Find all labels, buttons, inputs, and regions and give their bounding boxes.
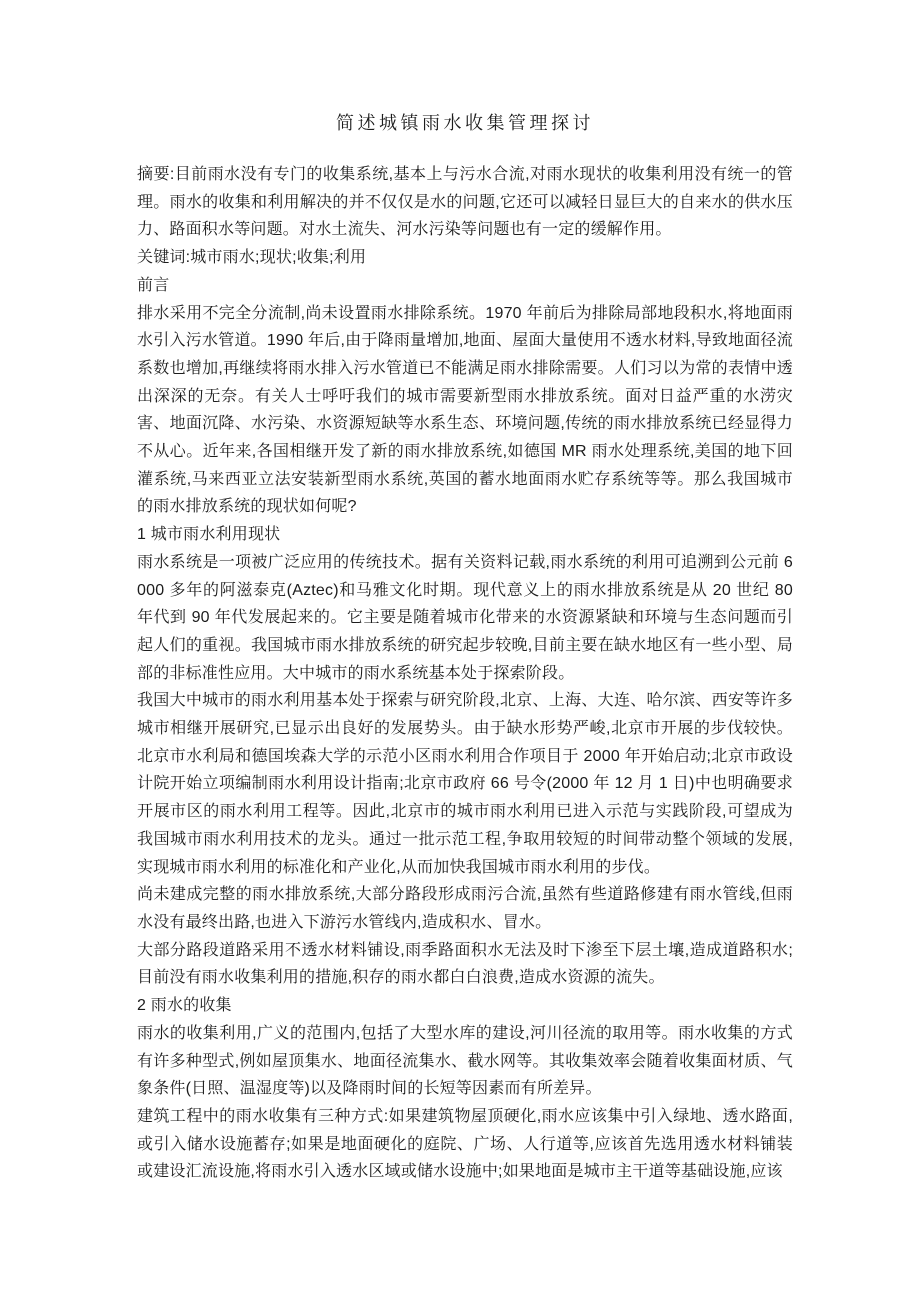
document-title: 简述城镇雨水收集管理探讨 [137,109,793,137]
paragraph-heading: 2 雨水的收集 [137,992,793,1020]
paragraph-heading: 1 城市雨水利用现状 [137,521,793,549]
paragraph-body: 我国大中城市的雨水利用基本处于探索与研究阶段,北京、上海、大连、哈尔滨、西安等许… [137,687,793,881]
paragraph-body: 建筑工程中的雨水收集有三种方式:如果建筑物屋顶硬化,雨水应该集中引入绿地、透水路… [137,1103,793,1186]
document-page: 简述城镇雨水收集管理探讨 摘要:目前雨水没有专门的收集系统,基本上与污水合流,对… [0,0,920,1302]
paragraph-heading: 前言 [137,272,793,300]
paragraph-body: 排水采用不完全分流制,尚未设置雨水排除系统。1970 年前后为排除局部地段积水,… [137,300,793,522]
paragraph-body: 大部分路段道路采用不透水材料铺设,雨季路面积水无法及时下渗至下层土壤,造成道路积… [137,937,793,992]
paragraph-abstract: 摘要:目前雨水没有专门的收集系统,基本上与污水合流,对雨水现状的收集利用没有统一… [137,161,793,244]
paragraph-keywords: 关键词:城市雨水;现状;收集;利用 [137,244,793,272]
document-body: 摘要:目前雨水没有专门的收集系统,基本上与污水合流,对雨水现状的收集利用没有统一… [137,161,793,1186]
paragraph-body: 雨水系统是一项被广泛应用的传统技术。据有关资料记载,雨水系统的利用可追溯到公元前… [137,549,793,688]
paragraph-body: 尚未建成完整的雨水排放系统,大部分路段形成雨污合流,虽然有些道路修建有雨水管线,… [137,881,793,936]
paragraph-body: 雨水的收集利用,广义的范围内,包括了大型水库的建设,河川径流的取用等。雨水收集的… [137,1020,793,1103]
